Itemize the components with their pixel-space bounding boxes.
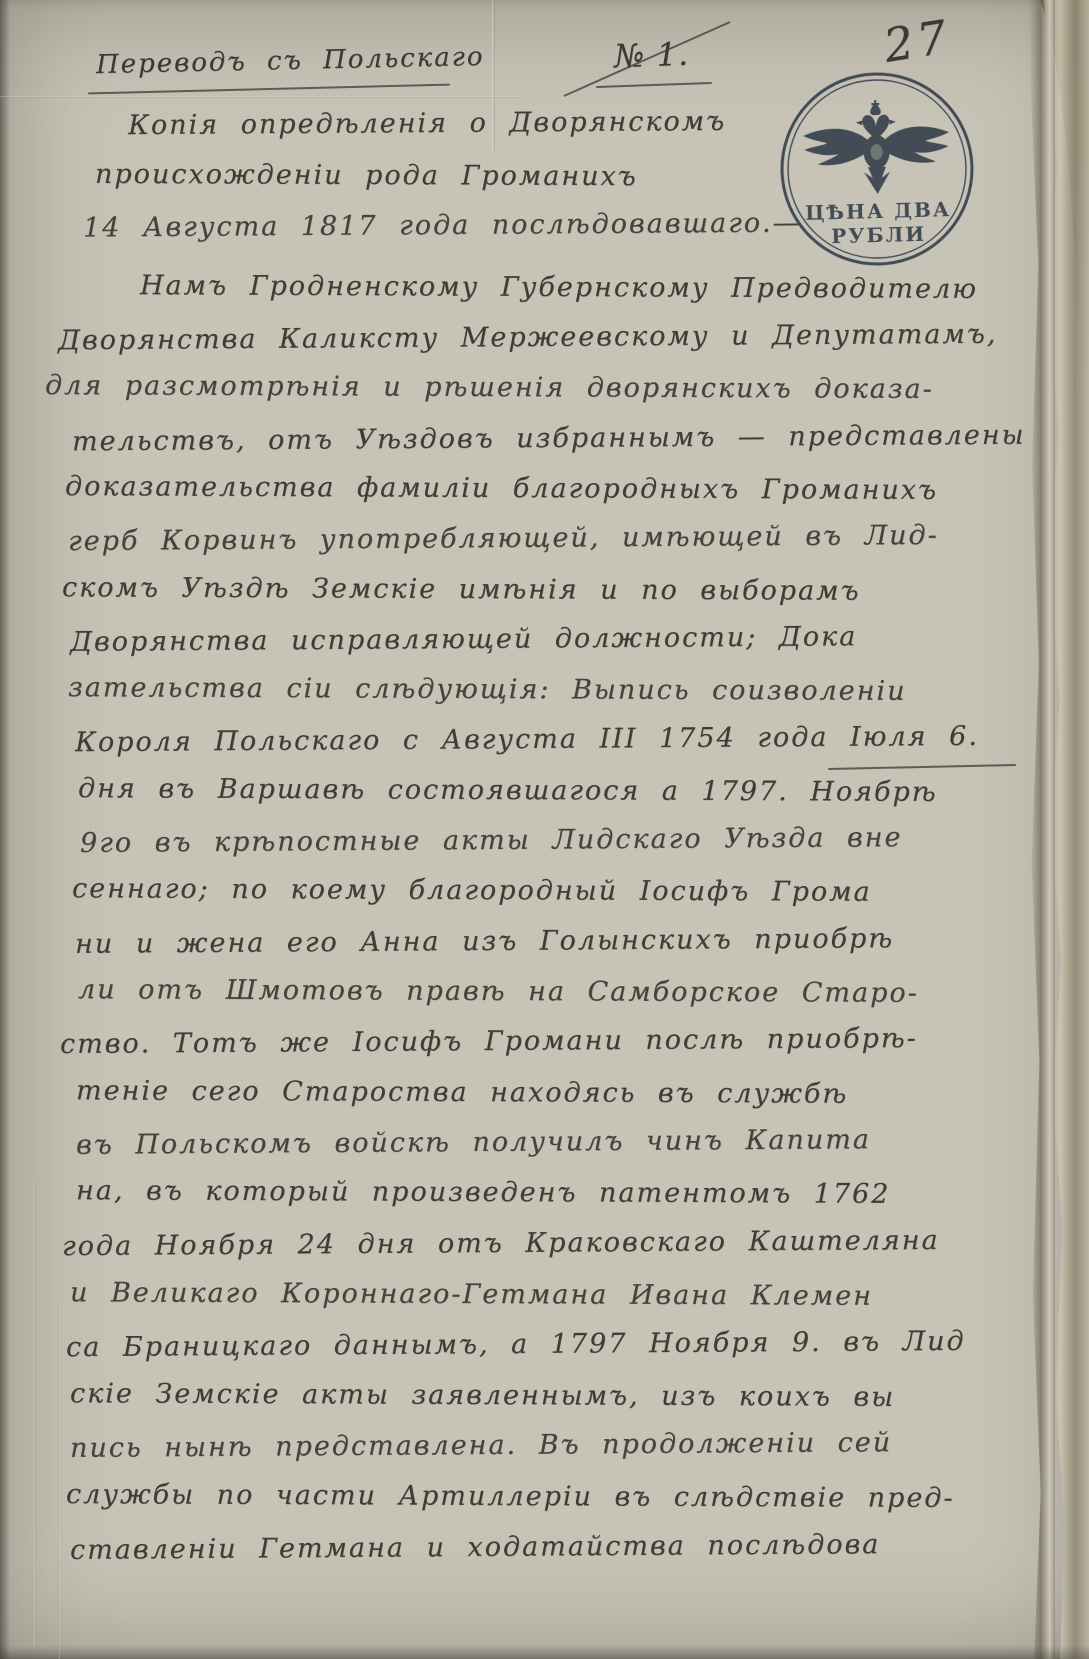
manuscript-line: са Браницкаго даннымъ, а 1797 Ноября 9. … (66, 1326, 966, 1363)
manuscript-line: пись нынѣ представлена. Въ продолженіи с… (70, 1427, 892, 1464)
bottom-edge-shadow (0, 1645, 1089, 1659)
ink-underline (828, 764, 1016, 770)
manuscript-line: ли отъ Шмотовъ правѣ на Самборское Старо… (78, 974, 919, 1009)
manuscript-line: 14 Августа 1817 года послѣдовавшаго.— (83, 207, 802, 243)
manuscript-line: доказательства фамиліи благородныхъ Гром… (65, 471, 938, 506)
manuscript-document-page: 27 Переводъ съ Польскаго № 1. (0, 0, 1089, 1659)
manuscript-line: дня въ Варшавѣ состоявшагося а 1797. Ноя… (78, 773, 938, 808)
manuscript-line: на, въ который произведенъ патентомъ 176… (76, 1175, 891, 1210)
paper-crease (58, 1300, 60, 1659)
revenue-stamp: ЦѢНА ДВА РУБЛИ (773, 65, 980, 272)
manuscript-line: Дворянства Каликсту Мержеевскому и Депут… (58, 319, 998, 357)
manuscript-line: сеннаго; по коему благородный Іосифъ Гро… (72, 873, 872, 907)
manuscript-line: зательства сіи слѣдующія: Выпись соизвол… (68, 672, 907, 707)
manuscript-line: Дворянства исправляющей должности; Дока (70, 621, 858, 657)
manuscript-line: въ Польскомъ войскѣ получилъ чинъ Капита (76, 1124, 871, 1161)
torn-paper-edge-inner (1029, 0, 1055, 1659)
page-number: 27 (880, 9, 954, 73)
stamp-value-line1: ЦѢНА ДВА (805, 197, 952, 225)
manuscript-line: ство. Тотъ же Іосифъ Громани послѣ приоб… (60, 1023, 918, 1060)
manuscript-line: для разсмотрѣнія и рѣшенія дворянскихъ д… (45, 370, 934, 405)
header-title: Переводъ съ Польскаго (96, 42, 485, 80)
manuscript-line: скіе Земскіе акты заявленнымъ, изъ коихъ… (70, 1378, 895, 1413)
manuscript-line: и Великаго Короннаго-Гетмана Ивана Клеме… (70, 1277, 873, 1312)
ink-underline (596, 82, 712, 88)
manuscript-line: Намъ Гродненскому Губернскому Предводите… (140, 270, 978, 305)
left-edge-shadow (0, 0, 10, 1659)
manuscript-line: герб Корвинъ употребляющей, имѣющей въ Л… (68, 520, 939, 557)
manuscript-line: 9го въ крѣпостные акты Лидскаго Уѣзда вн… (80, 822, 903, 859)
paper-crease (0, 96, 520, 98)
manuscript-line: теніе сего Староства находясь въ службѣ (76, 1075, 848, 1109)
ink-underline (88, 84, 450, 95)
stamp-value-line2: РУБЛИ (831, 222, 927, 248)
manuscript-line: скомъ Уѣздѣ Земскіе имѣнія и по выборамъ (62, 572, 861, 606)
paper-crease (34, 1180, 36, 1650)
manuscript-line: тельствъ, отъ Уѣздовъ избраннымъ — предс… (72, 420, 1026, 458)
manuscript-line: ни и жена его Анна изъ Голынскихъ приобр… (75, 923, 894, 960)
double-headed-eagle-icon (802, 98, 950, 196)
manuscript-line: службы по части Артиллеріи въ слѣдствіе … (66, 1479, 955, 1514)
manuscript-line: ставленіи Гетмана и ходатайства послѣдов… (70, 1529, 881, 1566)
manuscript-line: года Ноября 24 дня отъ Краковскаго Каште… (62, 1225, 940, 1262)
manuscript-line: Копія опредѣленія о Дворянскомъ (128, 106, 726, 141)
manuscript-line: Короля Польскаго с Августа III 1754 года… (75, 721, 979, 758)
manuscript-line: происхожденіи рода Громанихъ (95, 159, 638, 192)
